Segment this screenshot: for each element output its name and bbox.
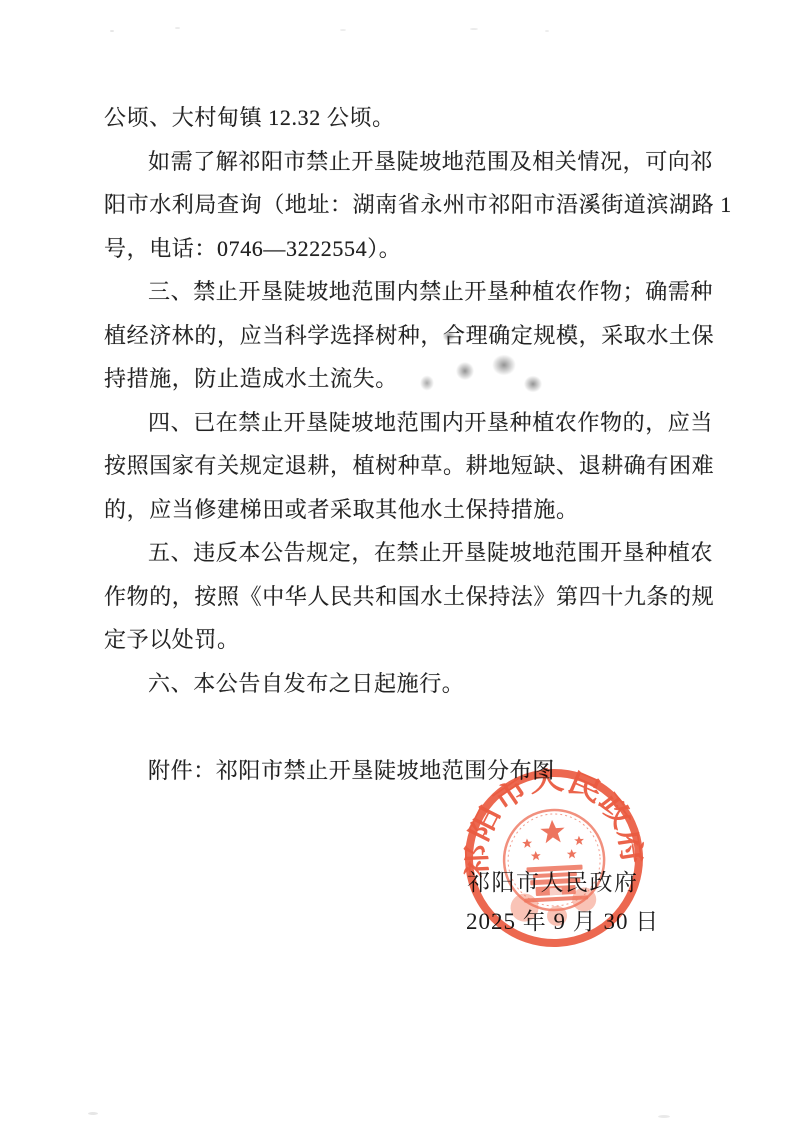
ink-smudge	[487, 350, 521, 380]
text-line: 定予以处罚。	[104, 618, 704, 662]
scan-artifact	[545, 30, 549, 32]
ink-smudge	[417, 372, 437, 394]
text-line: 按照国家有关规定退耕，植树种草。耕地短缺、退耕确有困难	[104, 444, 704, 488]
star-icon	[567, 849, 577, 859]
ink-smudge	[520, 372, 546, 396]
star-icon	[531, 851, 541, 861]
star-icon	[522, 838, 532, 848]
scan-artifact	[175, 27, 180, 29]
text-line: 的，应当修建梯田或者采取其他水土保持措施。	[104, 488, 704, 532]
scan-artifact	[470, 28, 478, 30]
text-line: 公顷、大村甸镇 12.32 公顷。	[104, 96, 704, 140]
ink-smudge	[440, 328, 458, 344]
text-line: 四、已在禁止开垦陡坡地范围内开垦种植农作物的，应当	[104, 401, 704, 445]
text-line: 号，电话：0746—3222554）。	[104, 227, 704, 271]
scan-artifact	[340, 29, 346, 31]
scan-artifact	[658, 1115, 670, 1118]
text-line: 五、违反本公告规定，在禁止开垦陡坡地范围开垦种植农	[104, 531, 704, 575]
text-line: 附件：祁阳市禁止开垦陡坡地范围分布图	[104, 749, 704, 793]
signature-date: 2025 年 9 月 30 日	[466, 903, 659, 936]
signature-issuer: 祁阳市人民政府	[467, 864, 639, 897]
text-line: 三、禁止开垦陡坡地范围内禁止开垦种植农作物；确需种	[104, 270, 704, 314]
ink-smudge	[452, 358, 478, 384]
text-line: 作物的，按照《中华人民共和国水土保持法》第四十九条的规	[104, 575, 704, 619]
scanned-notice-page: 公顷、大村甸镇 12.32 公顷。如需了解祁阳市禁止开垦陡坡地范围及相关情况，可…	[0, 0, 793, 1121]
text-line: 六、本公告自发布之日起施行。	[104, 662, 704, 706]
star-icon	[540, 819, 565, 843]
text-line	[104, 705, 704, 749]
scan-artifact	[88, 1112, 98, 1115]
scan-artifact	[110, 30, 114, 32]
document-body: 公顷、大村甸镇 12.32 公顷。如需了解祁阳市禁止开垦陡坡地范围及相关情况，可…	[104, 96, 704, 792]
text-line: 阳市水利局查询（地址：湖南省永州市祁阳市浯溪街道滨湖路 1	[104, 183, 704, 227]
star-icon	[574, 835, 584, 845]
text-line: 如需了解祁阳市禁止开垦陡坡地范围及相关情况，可向祁	[104, 140, 704, 184]
text-line: 植经济林的，应当科学选择树种，合理确定规模，采取水土保	[104, 314, 704, 358]
text-line: 持措施，防止造成水土流失。	[104, 357, 704, 401]
